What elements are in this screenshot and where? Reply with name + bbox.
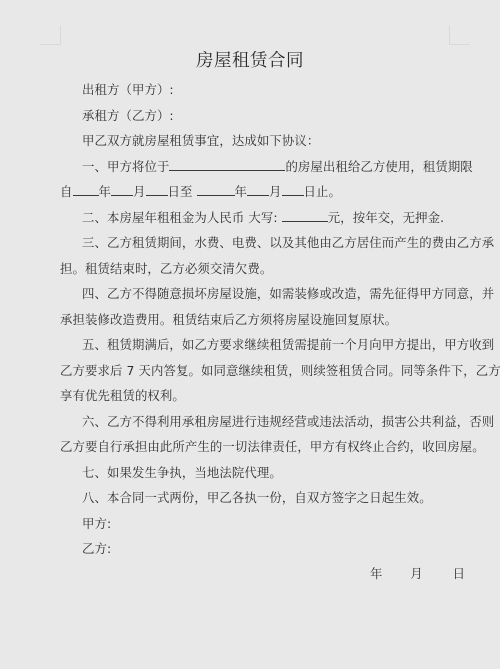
clause-4-line-1: 四、乙方不得随意损坏房屋设施，如需装修或改造，需先征得甲方同意，并 (60, 284, 452, 310)
start-month-blank[interactable] (111, 182, 133, 196)
day-end-label: 日止。 (304, 184, 341, 199)
intro-text: 甲乙双方就房屋租赁事宜，达成如下协议： (60, 131, 452, 157)
lessee-label: 承租方（乙方）: (60, 106, 452, 132)
clause-1-line-1: 一、甲方将位于的房屋出租给乙方使用，租赁期限 (60, 157, 452, 183)
clause-1-text-a: 一、甲方将位于 (82, 159, 169, 174)
from-label: 自 (60, 184, 73, 199)
clause-8: 八、本合同一式两份，甲乙各执一份，自双方签字之日起生效。 (60, 488, 452, 514)
date-year-label: 年 (370, 564, 382, 582)
month-label: 月 (133, 184, 146, 199)
clause-3-line-2: 担。租赁结束时，乙方必须交清欠费。 (60, 259, 452, 285)
document-body: 出租方（甲方）: 承租方（乙方）: 甲乙双方就房屋租赁事宜，达成如下协议： 一、… (60, 80, 452, 565)
crop-mark-top-left (40, 26, 61, 45)
clause-5-line-1: 五、租赁期满后，如乙方要求继续租赁需提前一个月向甲方提出，甲方收到 (60, 335, 452, 361)
signature-party-b: 乙方: (60, 539, 452, 565)
end-year-blank[interactable] (197, 182, 235, 196)
date-month-label: 月 (410, 564, 422, 582)
clause-2: 二、本房屋年租租金为人民币 大写: 元，按年交，无押金. (60, 208, 452, 234)
month-label: 月 (269, 184, 282, 199)
clause-5-line-3: 享有优先租赁的权利。 (60, 386, 452, 412)
clause-2-text-b: 元，按年交，无押金. (328, 210, 444, 225)
year-label: 年 (235, 184, 248, 199)
day-to-label: 日至 (168, 184, 193, 199)
rent-amount-blank[interactable] (282, 208, 328, 222)
end-month-blank[interactable] (247, 182, 269, 196)
clause-6-line-2: 乙方要自行承担由此所产生的一切法律责任，甲方有权终止合约，收回房屋。 (60, 437, 452, 463)
document-page: 房屋租赁合同 出租方（甲方）: 承租方（乙方）: 甲乙双方就房屋租赁事宜，达成如… (0, 0, 500, 669)
clause-1-text-b: 的房屋出租给乙方使用，租赁期限 (285, 159, 472, 174)
clause-1-line-2: 自年月日至 年月日止。 (60, 182, 452, 208)
start-day-blank[interactable] (146, 182, 168, 196)
clause-5-line-2: 乙方要求后 7 天内答复。如同意继续租赁，则续签租赁合同。同等条件下，乙方 (60, 361, 452, 387)
lessor-label: 出租方（甲方）: (60, 80, 452, 106)
document-title: 房屋租赁合同 (0, 47, 500, 72)
crop-mark-top-right (449, 26, 470, 45)
clause-6-line-1: 六、乙方不得利用承租房屋进行违规经营或违法活动，损害公共利益，否则 (60, 412, 452, 438)
start-year-blank[interactable] (73, 182, 99, 196)
clause-2-text-a: 二、本房屋年租租金为人民币 大写: (82, 210, 278, 225)
property-address-blank[interactable] (169, 157, 285, 171)
signature-party-a: 甲方: (60, 514, 452, 540)
clause-7: 七、如果发生争执，当地法院代理。 (60, 463, 452, 489)
signature-date: 年 月 日 (370, 564, 465, 582)
year-label: 年 (99, 184, 112, 199)
date-day-label: 日 (453, 564, 465, 582)
clause-4-line-2: 承担装修改造费用。租赁结束后乙方须将房屋设施回复原状。 (60, 310, 452, 336)
clause-3-line-1: 三、乙方租赁期间，水费、电费、以及其他由乙方居住而产生的费由乙方承 (60, 233, 452, 259)
end-day-blank[interactable] (282, 182, 304, 196)
